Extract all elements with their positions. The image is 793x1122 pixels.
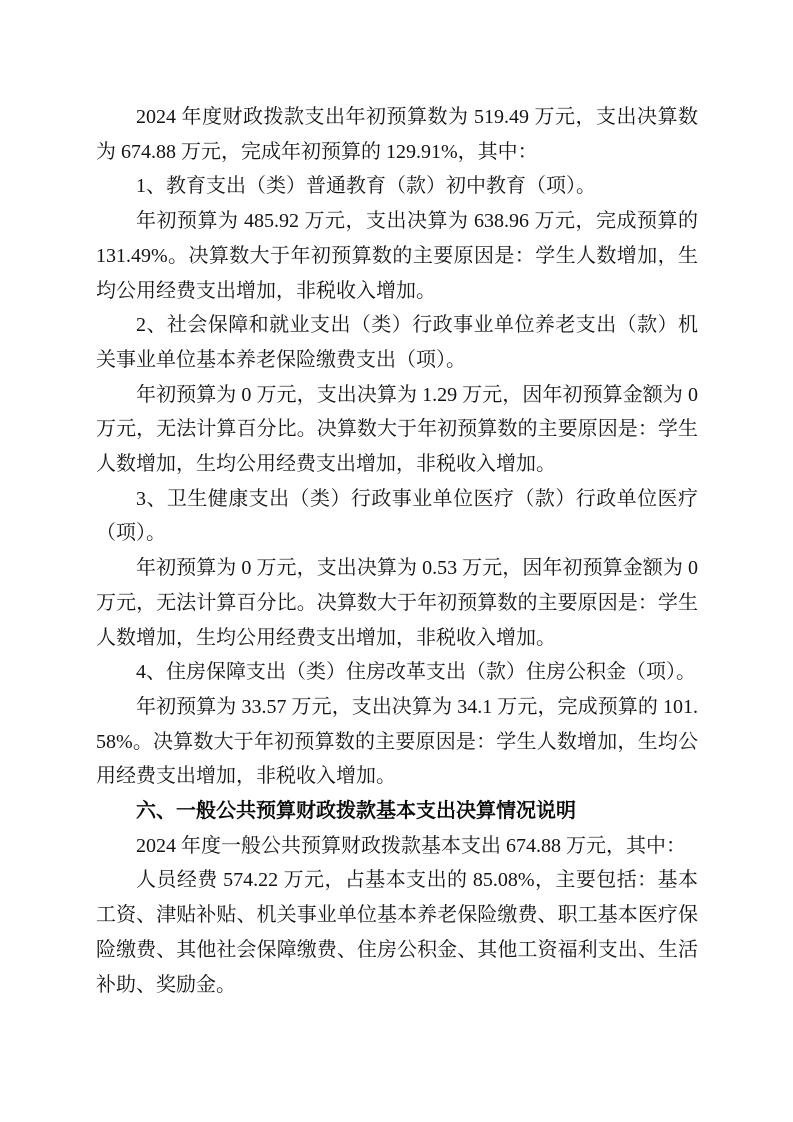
paragraph-item-4-housing-title: 4、住房保障支出（类）住房改革支出（款）住房公积金（项）。 (96, 655, 698, 690)
paragraph-item-3-health-detail: 年初预算为 0 万元，支出决算为 0.53 万元，因年初预算金额为 0 万元，无… (96, 551, 698, 655)
paragraph-expenditure-summary: 2024 年度财政拨款支出年初预算数为 519.49 万元，支出决算数为 674… (96, 100, 698, 169)
paragraph-basic-expenditure-summary: 2024 年度一般公共预算财政拨款基本支出 674.88 万元，其中： (96, 829, 698, 864)
paragraph-item-4-housing-detail: 年初预算为 33.57 万元，支出决算为 34.1 万元，完成预算的 101.5… (96, 690, 698, 794)
paragraph-item-1-education-title: 1、教育支出（类）普通教育（款）初中教育（项）。 (96, 169, 698, 204)
paragraph-item-2-social-security-detail: 年初预算为 0 万元，支出决算为 1.29 万元，因年初预算金额为 0 万元，无… (96, 378, 698, 482)
paragraph-personnel-funds-detail: 人员经费 574.22 万元，占基本支出的 85.08%，主要包括：基本工资、津… (96, 863, 698, 1002)
paragraph-item-1-education-detail: 年初预算为 485.92 万元，支出决算为 638.96 万元，完成预算的 13… (96, 204, 698, 308)
document-body: 2024 年度财政拨款支出年初预算数为 519.49 万元，支出决算数为 674… (96, 100, 698, 1002)
section-heading-basic-expenditure: 六、一般公共预算财政拨款基本支出决算情况说明 (96, 794, 698, 829)
paragraph-item-3-health-title: 3、卫生健康支出（类）行政事业单位医疗（款）行政单位医疗（项）。 (96, 482, 698, 551)
paragraph-item-2-social-security-title: 2、社会保障和就业支出（类）行政事业单位养老支出（款）机关事业单位基本养老保险缴… (96, 308, 698, 377)
document-page: 2024 年度财政拨款支出年初预算数为 519.49 万元，支出决算数为 674… (0, 0, 793, 1122)
